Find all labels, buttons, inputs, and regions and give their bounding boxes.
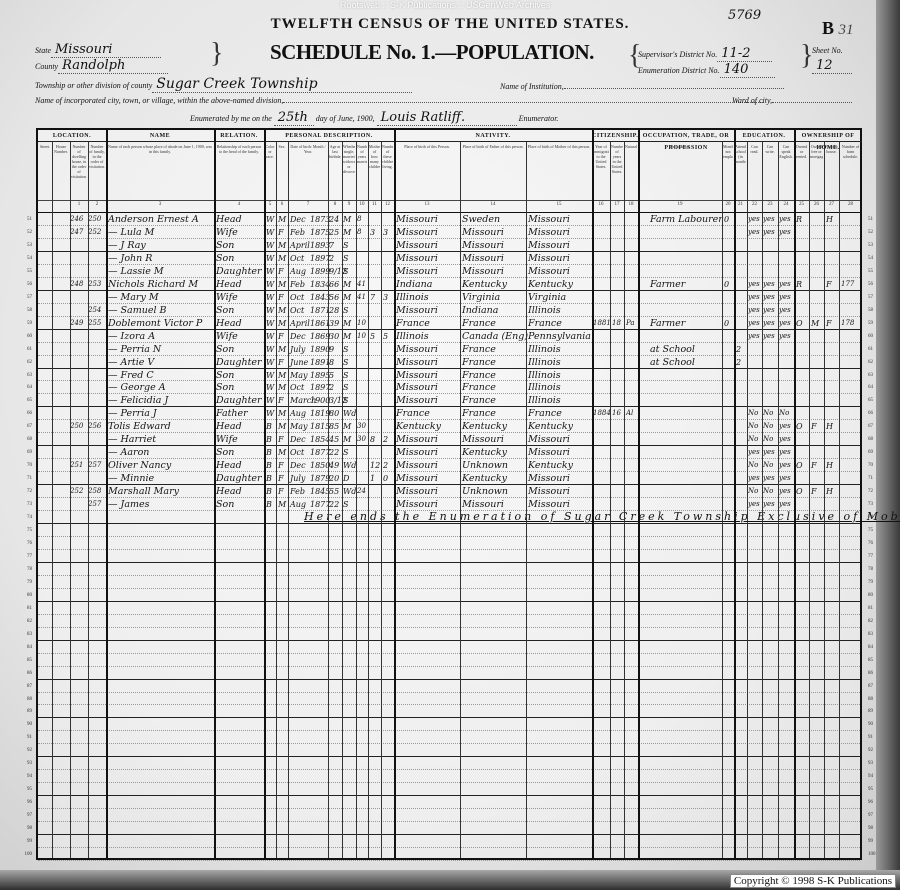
line-number: 73 [868, 502, 882, 507]
cell-mother-of: 7 [370, 291, 375, 304]
column-header: Can read. [748, 144, 761, 198]
cell-age: 22 [329, 446, 339, 459]
column-header: Mother of how many children. [369, 144, 380, 198]
cell-unemployed: 0 [724, 213, 729, 226]
table-row: 250256Tolis EdwardHeadBMMay181585M30Kent… [38, 420, 860, 433]
cell-month: Dec [290, 213, 306, 226]
column-header: Owned free or mortgaged. [810, 144, 823, 198]
cell-age: 24 [329, 213, 339, 226]
blank-row: 8686 [38, 667, 860, 680]
cell-yrs-married: 8 [357, 213, 361, 226]
cell-month: Dec [290, 330, 306, 343]
cell-english: yes [779, 420, 791, 433]
column-rule [762, 142, 763, 858]
cell-sex: M [278, 446, 286, 459]
cell-father-birth: France [462, 381, 496, 394]
cell-name: — Aaron [108, 446, 149, 459]
table-row: — Artie VDaughterWFJune18918SMissouriFra… [38, 356, 860, 369]
line-number: 94 [868, 774, 882, 779]
line-number: 96 [18, 800, 32, 805]
blank-row: 7878 [38, 563, 860, 576]
column-number: 23 [762, 202, 778, 212]
cell-color: B [266, 498, 272, 511]
cell-sex: F [278, 485, 284, 498]
line-number: 90 [868, 722, 882, 727]
column-header: Naturalization. [625, 144, 637, 198]
cell-marital: Wd [343, 459, 356, 472]
cell-color: W [266, 304, 274, 317]
section-header: CITIZENSHIP. [592, 130, 638, 142]
column-number: 24 [778, 202, 794, 212]
line-number: 56 [868, 282, 882, 287]
column-rule [356, 142, 357, 858]
cell-name: — Perria N [108, 343, 161, 356]
table-row: — George ASonWMOct18972SMissouriFranceIl… [38, 381, 860, 394]
line-number: 53 [868, 243, 882, 248]
supervisor-district-field: Supervisor's District No.11-2 [638, 46, 772, 62]
cell-age: 39 [329, 317, 339, 330]
cell-mother-of: 1 [370, 472, 375, 485]
cell-sex: M [278, 343, 286, 356]
state-field: StateMissouri [35, 42, 161, 58]
line-number: 87 [868, 684, 882, 689]
cell-birth: Missouri [396, 369, 438, 382]
cell-father-birth: France [462, 369, 496, 382]
cell-birth: Missouri [396, 472, 438, 485]
cell-english: yes [779, 278, 791, 291]
cell-read: yes [748, 226, 760, 239]
line-number: 51 [868, 217, 882, 222]
cell-color: B [266, 420, 272, 433]
cell-color: W [266, 330, 274, 343]
watermark: Rootsweb :: S-K Publications :: USGenWeb… [340, 0, 550, 10]
cell-read: No [748, 420, 758, 433]
line-number: 64 [18, 385, 32, 390]
column-header: Relationship of each person to the head … [215, 144, 263, 198]
cell-english: yes [779, 472, 791, 485]
line-number: 98 [868, 826, 882, 831]
cell-read: No [748, 407, 758, 420]
blank-row: 8989 [38, 705, 860, 718]
cell-relation: Wife [216, 226, 238, 239]
cell-farm: F [826, 317, 832, 330]
cell-marital: M [343, 278, 351, 291]
column-header: Date of birth: Month / Year. [289, 144, 327, 198]
cell-month: Oct [290, 446, 304, 459]
cell-father-birth: France [462, 394, 496, 407]
cell-yrs-married: 10 [357, 330, 366, 343]
column-number: 17 [610, 202, 624, 212]
cell-color: W [266, 356, 274, 369]
cell-name: Oliver Nancy [108, 459, 171, 472]
cell-birth: Missouri [396, 304, 438, 317]
column-rule [88, 142, 89, 858]
brace: } [210, 38, 223, 70]
cell-marital: Wd [343, 407, 356, 420]
cell-english: No [779, 407, 789, 420]
cell-english: yes [779, 485, 791, 498]
cell-family: 252 [88, 226, 101, 239]
cell-mother-of: 5 [370, 330, 375, 343]
cell-month: May [290, 420, 307, 433]
line-number: 52 [18, 230, 32, 235]
cell-father-birth: Kentucky [462, 420, 507, 433]
column-number: 28 [839, 202, 862, 212]
cell-write: No [763, 407, 773, 420]
cell-father-birth: Unknown [462, 459, 508, 472]
cell-mother-birth: Missouri [528, 239, 570, 252]
column-number: 1 [70, 202, 88, 212]
cell-relation: Wife [216, 330, 238, 343]
line-number: 60 [18, 334, 32, 339]
cell-farm: H [826, 213, 833, 226]
table-row: 252258Marshall MaryHeadBFFeb184555Wd24Mi… [38, 485, 860, 498]
cell-read: yes [748, 317, 760, 330]
column-header: Number of these children living. [382, 144, 393, 198]
line-number: 91 [18, 735, 32, 740]
column-number: 5 [264, 202, 276, 212]
cell-sex: F [278, 459, 284, 472]
census-table: 246250Anderson Ernest AHeadWMDec187324M8… [36, 128, 862, 860]
cell-relation: Daughter [216, 265, 262, 278]
line-number: 78 [18, 567, 32, 572]
cell-immig: 1881 [593, 317, 611, 330]
column-number: 25 [794, 202, 809, 212]
table-row: 254— Samuel BSonWMOct187128SMissouriIndi… [38, 304, 860, 317]
cell-read: No [748, 485, 758, 498]
cell-family: 254 [88, 304, 101, 317]
cell-natz: Al [626, 407, 633, 420]
cell-read: yes [748, 446, 760, 459]
column-number: 26 [809, 202, 824, 212]
line-number: 93 [18, 761, 32, 766]
line-number: 86 [18, 671, 32, 676]
cell-marital: S [343, 394, 348, 407]
cell-birth: Kentucky [396, 420, 441, 433]
cell-mother-birth: Kentucky [528, 278, 573, 291]
column-header: Can write. [763, 144, 777, 198]
cell-age: 56 [329, 291, 339, 304]
column-header: Occupation. [639, 144, 721, 198]
table-row: 248253Nichols Richard MHeadWMFeb183466M4… [38, 278, 860, 291]
cell-age: 55 [329, 485, 339, 498]
section-header: LOCATION. [38, 130, 106, 142]
cell-relation: Son [216, 381, 234, 394]
cell-mother-birth: Virginia [528, 291, 566, 304]
column-header: Sex. [277, 144, 287, 198]
cell-age: 66 [329, 278, 339, 291]
scan-edge-right [876, 0, 900, 890]
line-number: 79 [18, 580, 32, 585]
schedule-title: SCHEDULE No. 1.—POPULATION. [270, 40, 594, 65]
cell-age: 30 [329, 330, 339, 343]
cell-relation: Son [216, 498, 234, 511]
line-number: 61 [18, 347, 32, 352]
table-row: — Felicidia JDaughterWFMarch19003/12SMis… [38, 394, 860, 407]
line-number: 66 [868, 411, 882, 416]
sheet-number: 12 [812, 58, 852, 74]
cell-living: 2 [383, 433, 388, 446]
blank-row: 9999 [38, 835, 860, 848]
cell-relation: Head [216, 420, 242, 433]
cell-relation: Head [216, 485, 242, 498]
column-header: House Number. [53, 144, 69, 198]
cell-color: W [266, 343, 274, 356]
cell-sex: F [278, 433, 284, 446]
cell-farm: F [826, 278, 832, 291]
cell-birth: Missouri [396, 433, 438, 446]
cell-free: M [811, 317, 819, 330]
line-number: 75 [18, 528, 32, 533]
cell-age: 8 [329, 356, 334, 369]
column-header: Farm or house. [825, 144, 838, 198]
cell-write: yes [763, 213, 775, 226]
column-header: Street. [39, 144, 51, 198]
blank-row: 9595 [38, 783, 860, 796]
cell-relation: Son [216, 304, 234, 317]
cell-yrs-married: 41 [357, 278, 366, 291]
cell-unemployed: 0 [724, 278, 729, 291]
line-number: 91 [868, 735, 882, 740]
line-number: 89 [18, 709, 32, 714]
line-number: 55 [18, 269, 32, 274]
line-number: 65 [868, 398, 882, 403]
table-row: 251257Oliver NancyHeadBFDec185049Wd122Mi… [38, 459, 860, 472]
cell-father-birth: Missouri [462, 239, 504, 252]
column-number: 10 [356, 202, 368, 212]
cell-mother-birth: Missouri [528, 213, 570, 226]
line-number: 82 [868, 619, 882, 624]
cell-name: — John R [108, 252, 152, 265]
column-rule [368, 142, 369, 858]
cell-mother-birth: Pennsylvania [528, 330, 591, 343]
cell-color: W [266, 394, 274, 407]
enumeration-district-field: Enumeration District No.140 [638, 62, 775, 78]
column-number [52, 202, 70, 212]
cell-yrs-married: 10 [357, 317, 366, 330]
column-header: Color or race. [265, 144, 275, 198]
book-reference: B 31 [822, 18, 854, 39]
line-number: 66 [18, 411, 32, 416]
cell-father-birth: Missouri [462, 252, 504, 265]
cell-name: — Artie V [108, 356, 154, 369]
cell-write: No [763, 485, 773, 498]
cell-sex: M [278, 213, 286, 226]
blank-row: 8282 [38, 615, 860, 628]
line-number: 71 [18, 476, 32, 481]
blank-row: 100100 [38, 848, 860, 861]
cell-name: — Mary M [108, 291, 159, 304]
line-number: 73 [18, 502, 32, 507]
cell-write: yes [763, 226, 775, 239]
cell-english: yes [779, 213, 791, 226]
cell-birth: Missouri [396, 459, 438, 472]
cell-birth: Missouri [396, 226, 438, 239]
table-row: — Fred CSonWMMay18955SMissouriFranceIlli… [38, 369, 860, 382]
cell-sex: F [278, 472, 284, 485]
cell-read: yes [748, 213, 760, 226]
cell-name: Marshall Mary [108, 485, 179, 498]
line-number: 99 [868, 839, 882, 844]
cell-birth: Illinois [396, 291, 429, 304]
cell-marital: S [343, 369, 348, 382]
cell-month: June [290, 356, 308, 369]
cell-father-birth: Kentucky [462, 446, 507, 459]
cell-write: yes [763, 278, 775, 291]
cell-sex: F [278, 394, 284, 407]
cell-mother-birth: Kentucky [528, 420, 573, 433]
cell-mother-birth: Illinois [528, 304, 561, 317]
cell-farm-sched: 177 [841, 278, 854, 291]
cell-living: 5 [383, 330, 388, 343]
cell-father-birth: Kentucky [462, 472, 507, 485]
cell-age: 2 [329, 381, 334, 394]
cell-mother-birth: Kentucky [528, 459, 573, 472]
cell-write: yes [763, 330, 775, 343]
cell-age: 20 [329, 472, 339, 485]
column-rule [824, 142, 825, 858]
cell-english: yes [779, 459, 791, 472]
cell-father-birth: Missouri [462, 433, 504, 446]
cell-mother-birth: Illinois [528, 369, 561, 382]
column-header: Number of years in the United States. [611, 144, 623, 198]
township-field: Township or other division of countySuga… [35, 76, 412, 93]
column-number: 27 [824, 202, 839, 212]
cell-read: yes [748, 472, 760, 485]
cell-name: — Lassie M [108, 265, 164, 278]
column-number: 4 [214, 202, 264, 212]
column-header: Number of dwelling house, in the order o… [71, 144, 87, 198]
census-title: TWELFTH CENSUS OF THE UNITED STATES. [250, 16, 650, 33]
cell-write: No [763, 420, 773, 433]
column-header: Place of birth of Father of this person. [461, 144, 525, 198]
line-number: 78 [868, 567, 882, 572]
cell-farm: H [826, 485, 833, 498]
cell-mother-birth: France [528, 317, 562, 330]
line-number: 59 [868, 321, 882, 326]
cell-month: Oct [290, 381, 304, 394]
cell-yrs-us: 16 [612, 407, 621, 420]
cell-family: 257 [88, 498, 101, 511]
cell-family: 256 [88, 420, 101, 433]
column-header: Attended school (in months). [735, 144, 746, 198]
cell-free: F [811, 485, 817, 498]
cell-color: W [266, 369, 274, 382]
table-row: — AaronSonBMOct187722SMissouriKentuckyMi… [38, 446, 860, 459]
cell-name: Nichols Richard M [108, 278, 198, 291]
column-rule [328, 142, 329, 858]
line-number: 57 [868, 295, 882, 300]
cell-month: Feb [290, 485, 305, 498]
cell-occupation: Farm Labourer [650, 213, 723, 226]
line-number: 85 [868, 658, 882, 663]
cell-birth: Missouri [396, 265, 438, 278]
line-number: 83 [18, 632, 32, 637]
column-header: Place of birth of this Person. [395, 144, 459, 198]
line-number: 82 [18, 619, 32, 624]
cell-name: — Perria J [108, 407, 157, 420]
line-number: 64 [868, 385, 882, 390]
column-header: Number of years married. [357, 144, 367, 198]
table-row: — Lassie MDaughterWFAug18999/12SMissouri… [38, 265, 860, 278]
column-rule [809, 142, 810, 858]
line-number: 80 [868, 593, 882, 598]
cell-mother-birth: Missouri [528, 485, 570, 498]
blank-row: 8484 [38, 641, 860, 654]
cell-farm: H [826, 420, 833, 433]
table-row: 249255Doblemont Victor PHeadWMApril18613… [38, 317, 860, 330]
cell-name: Tolis Edward [108, 420, 171, 433]
cell-color: W [266, 381, 274, 394]
cell-living: 3 [383, 226, 388, 239]
blank-row: 8787 [38, 680, 860, 693]
column-rule [638, 130, 640, 858]
column-number: 12 [381, 202, 394, 212]
column-number: 20 [722, 202, 734, 212]
blank-row: 8585 [38, 654, 860, 667]
cell-birth: Illinois [396, 330, 429, 343]
line-number: 61 [868, 347, 882, 352]
cell-age: 28 [329, 304, 339, 317]
cell-dwelling: 246 [70, 213, 83, 226]
cell-month: July [290, 472, 305, 485]
cell-marital: M [343, 317, 351, 330]
line-number: 90 [18, 722, 32, 727]
cell-age: 49 [329, 459, 339, 472]
line-number: 74 [18, 515, 32, 520]
cell-sex: F [278, 356, 284, 369]
line-number: 51 [18, 217, 32, 222]
table-row: — J RaySonWMApril18937SMissouriMissouriM… [38, 239, 860, 252]
cell-living: 2 [383, 459, 388, 472]
table-row: — John RSonWMOct18972SMissouriMissouriMi… [38, 252, 860, 265]
cell-write: yes [763, 446, 775, 459]
cell-marital: S [343, 356, 348, 369]
cell-mother-birth: France [528, 407, 562, 420]
column-rule [214, 130, 216, 858]
column-rule [722, 142, 723, 858]
cell-free: F [811, 459, 817, 472]
column-header: Whether single, married, widowed, or div… [343, 144, 355, 198]
blank-row: 9191 [38, 731, 860, 744]
cell-relation: Father [216, 407, 248, 420]
cell-living: 3 [383, 291, 388, 304]
cell-english: yes [779, 304, 791, 317]
column-rule [460, 142, 461, 858]
cell-sex: F [278, 291, 284, 304]
cell-name: — Lula M [108, 226, 154, 239]
cell-school: 2 [736, 343, 741, 356]
cell-age: 5 [329, 369, 334, 382]
line-number: 100 [18, 852, 32, 857]
cell-name: — Harriet [108, 433, 156, 446]
column-rule [592, 130, 594, 858]
column-rule [778, 142, 779, 858]
cell-sex: M [278, 304, 286, 317]
cell-month: Oct [290, 304, 304, 317]
cell-free: F [811, 420, 817, 433]
line-number: 88 [18, 697, 32, 702]
line-number: 72 [18, 489, 32, 494]
column-number: 3 [106, 202, 214, 212]
column-number: 18 [624, 202, 638, 212]
column-header: Name of each person whose place of abode… [107, 144, 213, 198]
cell-name: — Minnie [108, 472, 154, 485]
line-number: 100 [868, 852, 882, 857]
cell-mother-birth: Missouri [528, 226, 570, 239]
line-number: 55 [868, 269, 882, 274]
cell-father-birth: France [462, 317, 496, 330]
